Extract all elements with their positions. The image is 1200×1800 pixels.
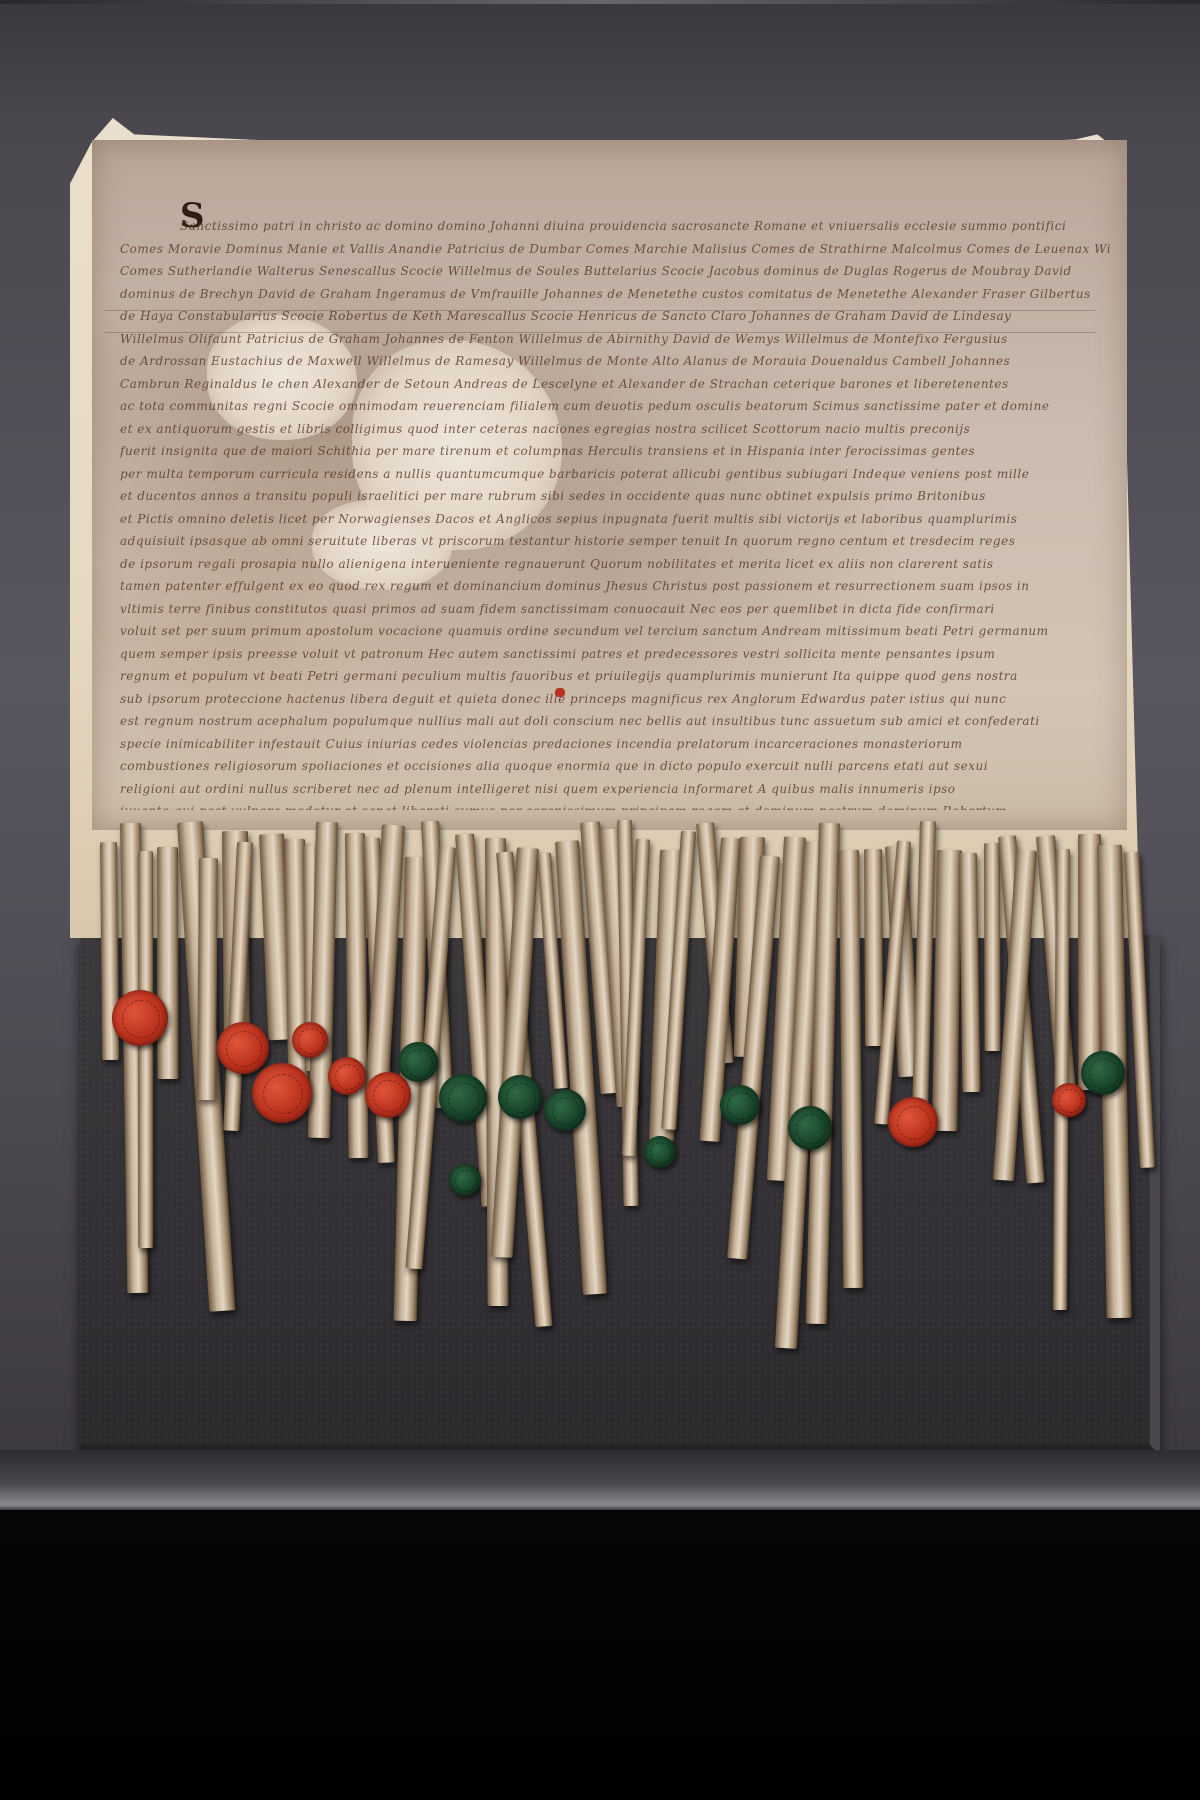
parchment-tag (197, 858, 218, 1101)
red-wax-seal (1052, 1083, 1086, 1117)
manuscript-line: est regnum nostrum acephalum populumque … (120, 710, 1110, 733)
manuscript-line: vltimis terre finibus constitutos quasi … (120, 598, 1110, 621)
green-wax-seal (439, 1074, 487, 1122)
manuscript-line: sub ipsorum proteccione hactenus libera … (120, 688, 1110, 711)
green-wax-seal (720, 1085, 760, 1125)
green-wax-seal (498, 1075, 542, 1119)
parchment-tag (984, 843, 1001, 1051)
manuscript-line: de Haya Constabularius Scocie Robertus d… (120, 305, 1110, 328)
parchment-tag (839, 850, 863, 1288)
green-wax-seal (788, 1106, 832, 1150)
manuscript-line: et Pictis omnino deletis licet per Norwa… (120, 508, 1110, 531)
parchment-tag (864, 849, 884, 1046)
red-wax-seal (252, 1063, 312, 1123)
acrylic-ledge (0, 1450, 1200, 1510)
green-wax-seal (1081, 1051, 1125, 1095)
red-wax-seal (888, 1097, 938, 1147)
manuscript-line: Sanctissimo patri in christo ac domino d… (120, 215, 1110, 238)
manuscript-line: Cambrun Reginaldus le chen Alexander de … (120, 373, 1110, 396)
green-wax-seal (544, 1089, 586, 1131)
manuscript-line: et ducentos annos a transitu populi isra… (120, 485, 1110, 508)
manuscript-line: Willelmus Olifaunt Patricius de Graham J… (120, 328, 1110, 351)
green-wax-seal (644, 1136, 676, 1168)
parchment-tag (138, 851, 153, 1248)
case-top-edge (0, 0, 1200, 4)
manuscript-line: ac tota communitas regni Scocie omnimoda… (120, 395, 1110, 418)
manuscript-line: dominus de Brechyn David de Graham Inger… (120, 283, 1110, 306)
green-wax-seal (449, 1164, 481, 1196)
manuscript-line: per multa temporum curricula residens a … (120, 463, 1110, 486)
manuscript-line: quem semper ipsis preesse voluit vt patr… (120, 643, 1110, 666)
green-wax-seal (398, 1042, 438, 1082)
manuscript-text: Sanctissimo patri in christo ac domino d… (120, 215, 1110, 810)
manuscript-line: tamen patenter effulgent ex eo quod rex … (120, 575, 1110, 598)
manuscript-line: fuerit insignita que de maiori Schithia … (120, 440, 1110, 463)
manuscript-line: Comes Sutherlandie Walterus Senescallus … (120, 260, 1110, 283)
manuscript-line: Comes Moravie Dominus Manie et Vallis An… (120, 238, 1110, 261)
parchment-tag (157, 847, 178, 1079)
manuscript-line: regnum et populum vt beati Petri germani… (120, 665, 1110, 688)
red-wax-seal (328, 1057, 366, 1095)
manuscript-line: religioni aut ordini nullus scriberet ne… (120, 778, 1110, 801)
manuscript-line: et ex antiquorum gestis et libris collig… (120, 418, 1110, 441)
manuscript-line: adquisiuit ipsasque ab omni seruitute li… (120, 530, 1110, 553)
red-wax-seal (365, 1072, 411, 1118)
red-wax-seal (217, 1022, 269, 1074)
manuscript-line: voluit set per suum primum apostolum voc… (120, 620, 1110, 643)
manuscript-line: iuuante qui post vulnera medetur et sana… (120, 800, 1110, 810)
manuscript-line: de ipsorum regali prosapia nullo alienig… (120, 553, 1110, 576)
manuscript-line: de Ardrossan Eustachius de Maxwell Wille… (120, 350, 1110, 373)
manuscript-line: combustiones religiosorum spoliaciones e… (120, 755, 1110, 778)
red-wax-seal (112, 990, 168, 1046)
manuscript-line: specie inimicabiliter infestauit Cuius i… (120, 733, 1110, 756)
red-wax-seal (292, 1022, 328, 1058)
parchment-tag (959, 853, 981, 1092)
parchment-tag (932, 849, 962, 1130)
dark-floor (0, 1510, 1200, 1800)
red-wax-fleck (555, 688, 565, 697)
